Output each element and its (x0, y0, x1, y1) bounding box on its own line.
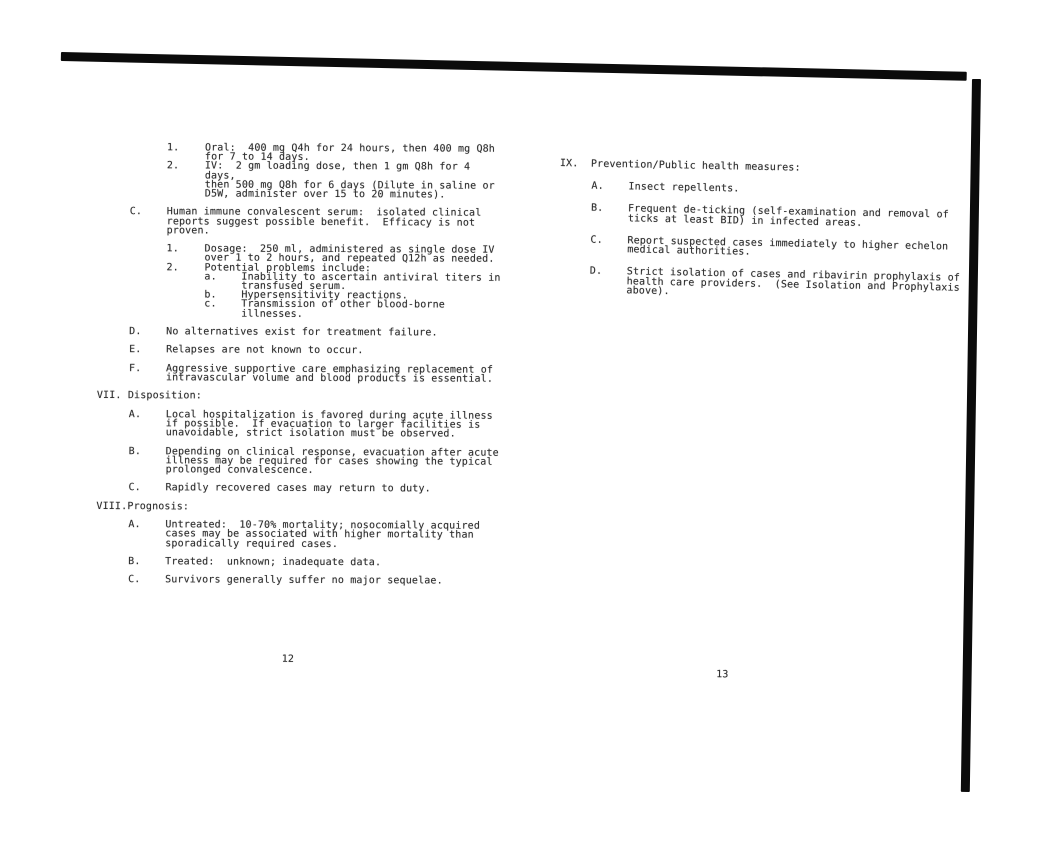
section-vii-disposition: VII. Disposition: (97, 391, 501, 402)
item-text: Strict isolation of cases and ribavirin … (626, 267, 960, 302)
item-marker: C. (590, 235, 627, 255)
item-marker: C. (130, 208, 167, 236)
item-c-survivors: C. Survivors generally suffer no major s… (96, 575, 500, 586)
item-marker: A. (129, 410, 166, 438)
item-marker: D. (129, 327, 166, 336)
section-marker: VIII. (96, 502, 127, 511)
item-marker: E. (129, 346, 166, 355)
item-text: No alternatives exist for treatment fail… (166, 327, 438, 337)
section-marker: IX. (560, 159, 591, 169)
item-b-deticking: B. Frequent de-ticking (self-examination… (559, 203, 991, 230)
page-number: 12 (282, 655, 294, 664)
scanned-document: 1. Oral: 400 mg Q4h for 24 hours, then 4… (0, 0, 1044, 850)
item-marker: 1. (166, 245, 204, 264)
item-b-treated: B. Treated: unknown; inadequate data. (96, 557, 500, 568)
item-marker: B. (129, 447, 166, 475)
item-e-relapses: E. Relapses are not known to occur. (97, 345, 501, 356)
item-marker: A. (591, 182, 628, 192)
scan-edge-bar-top (61, 52, 967, 81)
item-text: Relapses are not known to occur. (166, 346, 364, 356)
section-marker: VII. (97, 391, 128, 400)
item-a-untreated: A. Untreated: 10-70% mortality; nosocomi… (96, 520, 500, 549)
section-viii-prognosis: VIII. Prognosis: (96, 502, 500, 513)
item-1-dosage: 1. Dosage: 250 ml, administered as singl… (97, 244, 501, 264)
item-d-alternatives: D. No alternatives exist for treatment f… (97, 327, 501, 338)
item-c-transmission: c. Transmission of other blood-borne ill… (97, 299, 501, 319)
item-c-report-cases: C. Report suspected cases immediately to… (558, 234, 990, 261)
item-text: Aggressive supportive care emphasizing r… (166, 364, 493, 384)
section-ix-prevention: IX. Prevention/Public health measures: (560, 159, 992, 177)
item-text: Survivors generally suffer no major sequ… (165, 576, 443, 586)
item-marker: 2. (167, 162, 205, 199)
item-text: Insect repellents. (628, 182, 739, 194)
item-marker: C. (128, 575, 165, 584)
item-text: Frequent de-ticking (self-examination an… (628, 204, 949, 229)
page-number: 13 (716, 670, 729, 680)
item-marker: 1. (167, 143, 205, 162)
item-marker: F. (129, 364, 166, 383)
item-text: Untreated: 10-70% mortality; nosocomiall… (165, 520, 480, 549)
item-d-strict-isolation: D. Strict isolation of cases and ribavir… (557, 266, 989, 303)
item-a-hospitalization: A. Local hospitalization is favored duri… (97, 410, 501, 439)
item-c-return-to-duty: C. Rapidly recovered cases may return to… (96, 483, 500, 494)
section-title: Disposition: (128, 392, 202, 402)
item-text: Human immune convalescent serum: isolate… (167, 208, 482, 237)
item-text: Local hospitalization is favored during … (166, 410, 493, 439)
item-marker: C. (128, 484, 165, 493)
item-marker: D. (589, 267, 627, 296)
item-marker: c. (204, 300, 241, 319)
item-text: IV: 2 gm loading dose, then 1 gm Q8h for… (205, 162, 502, 200)
item-text: Rapidly recovered cases may return to du… (165, 484, 430, 494)
item-marker: a. (204, 272, 241, 291)
page-12: 1. Oral: 400 mg Q4h for 24 hours, then 4… (96, 143, 502, 685)
item-text: Depending on clinical response, evacuati… (166, 447, 499, 476)
item-text: Transmission of other blood-borne illnes… (241, 300, 501, 320)
item-text: Treated: unknown; inadequate data. (165, 557, 381, 567)
section-title: Prognosis: (127, 502, 189, 511)
item-f-supportive-care: F. Aggressive supportive care emphasizin… (97, 364, 501, 384)
item-text: Report suspected cases immediately to hi… (627, 236, 948, 261)
page-13: IX. Prevention/Public health measures: A… (550, 159, 992, 707)
item-b-evacuation: B. Depending on clinical response, evacu… (97, 447, 501, 476)
item-marker: B. (128, 557, 165, 566)
item-marker: 2. (166, 263, 204, 272)
item-a-repellents: A. Insect repellents. (559, 181, 991, 199)
section-title: Prevention/Public health measures: (591, 160, 801, 174)
item-2-iv: 2. IV: 2 gm loading dose, then 1 gm Q8h … (98, 161, 502, 200)
item-marker: A. (128, 520, 165, 548)
item-text: Dosage: 250 ml, administered as single d… (204, 245, 494, 265)
item-c-serum: C. Human immune convalescent serum: isol… (98, 207, 502, 236)
item-marker: B. (591, 204, 628, 224)
